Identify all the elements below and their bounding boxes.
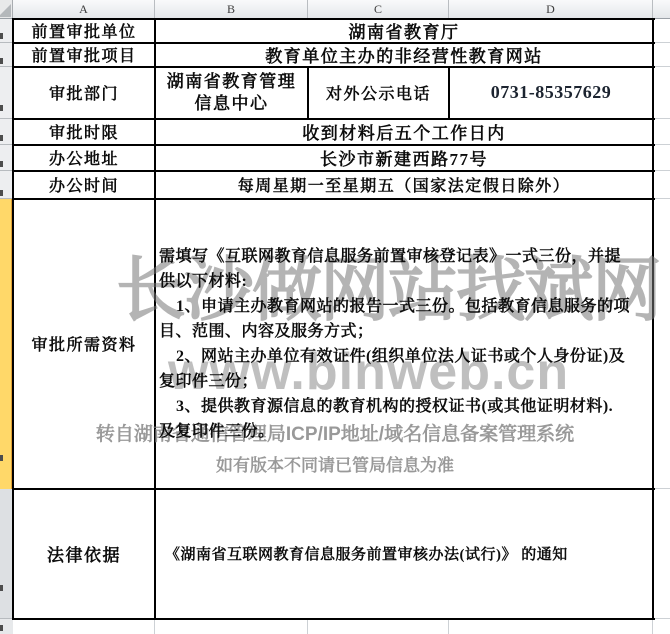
materials-line: 3、提供教育源信息的教育机构的授权证书(或其他证明材料). (159, 394, 653, 419)
row-number-mark (0, 105, 3, 111)
column-header-c[interactable]: C (308, 0, 449, 18)
cell-label-office-address[interactable]: 办公地址 (14, 145, 154, 170)
spreadsheet: A B C D (0, 0, 670, 634)
materials-line: 目、范围、内容及服务方式； (159, 319, 653, 344)
row-number-mark (0, 190, 3, 196)
row-number-mark (0, 161, 3, 167)
column-header-d[interactable]: D (449, 0, 653, 18)
gridline (655, 488, 670, 489)
gridline (655, 198, 670, 199)
cell-value-approval-time-limit[interactable]: 收到材料后五个工作日内 (156, 119, 652, 144)
cell-label-required-materials[interactable]: 审批所需资料 (14, 199, 154, 488)
cell-value-public-phone[interactable]: 0731-85357629 (450, 67, 652, 118)
gridline (154, 620, 155, 634)
cell-value-office-address[interactable]: 长沙市新建西路77号 (156, 145, 652, 170)
column-header-a[interactable]: A (13, 0, 155, 18)
cell-label-legal-basis[interactable]: 法律依据 (14, 489, 154, 618)
gridline (307, 620, 308, 634)
gridline (655, 42, 670, 43)
materials-line: 1、申请主办教育网站的报告一式三份。包括教育信息服务的项 (159, 294, 653, 319)
cell-value-office-hours[interactable]: 每周星期一至星期五（国家法定假日除外） (156, 171, 652, 198)
cell-label-preapproval-project[interactable]: 前置审批项目 (14, 43, 154, 66)
row-number-mark (0, 135, 3, 141)
column-header-strip: A B C D (13, 0, 670, 19)
department-line2: 信息中心 (195, 93, 269, 115)
column-header-e-partial[interactable] (653, 0, 670, 18)
department-line1: 湖南省教育管理 (167, 71, 297, 93)
materials-line: 供以下材料: (159, 269, 653, 294)
gridline (655, 118, 670, 119)
cell-label-approval-department[interactable]: 审批部门 (14, 67, 154, 118)
select-all-triangle-icon (0, 4, 11, 17)
column-header-b[interactable]: B (155, 0, 308, 18)
row-number-mark (0, 625, 3, 631)
cell-value-approval-department[interactable]: 湖南省教育管理 信息中心 (156, 67, 307, 118)
cell-label-office-hours[interactable]: 办公时间 (14, 171, 154, 198)
materials-line: 需填写《互联网教育信息服务前置审核登记表》一式三份，并提 (159, 244, 653, 269)
cell-label-public-phone[interactable]: 对外公示电话 (309, 67, 448, 118)
table-border (12, 618, 655, 620)
cell-value-preapproval-unit[interactable]: 湖南省教育厅 (156, 19, 652, 42)
gridline (448, 620, 449, 634)
row-number-mark (0, 585, 3, 591)
gridline (652, 620, 653, 634)
materials-line: 复印件三份； (159, 369, 653, 394)
gridline (655, 144, 670, 145)
cell-label-approval-time-limit[interactable]: 审批时限 (14, 119, 154, 144)
cell-value-legal-basis[interactable]: 《湖南省互联网教育信息服务前置审核办法(试行)》 的通知 (156, 489, 652, 618)
gridline (655, 66, 670, 67)
gridline (655, 170, 670, 171)
row-number-mark (0, 33, 3, 39)
cell-label-preapproval-unit[interactable]: 前置审批单位 (14, 19, 154, 42)
row-number-mark (0, 58, 3, 64)
cell-value-preapproval-project[interactable]: 教育单位主办的非经营性教育网站 (156, 43, 652, 66)
materials-line: 2、网站主办单位有效证件(组织单位法人证书或个人身份证)及 (159, 344, 653, 369)
materials-line: 及复印件三份。 (159, 419, 653, 444)
gridline (655, 618, 670, 619)
cell-value-required-materials[interactable]: 需填写《互联网教育信息服务前置审核登记表》一式三份，并提 供以下材料: 1、申请… (159, 199, 653, 489)
select-all-corner[interactable] (0, 0, 13, 19)
